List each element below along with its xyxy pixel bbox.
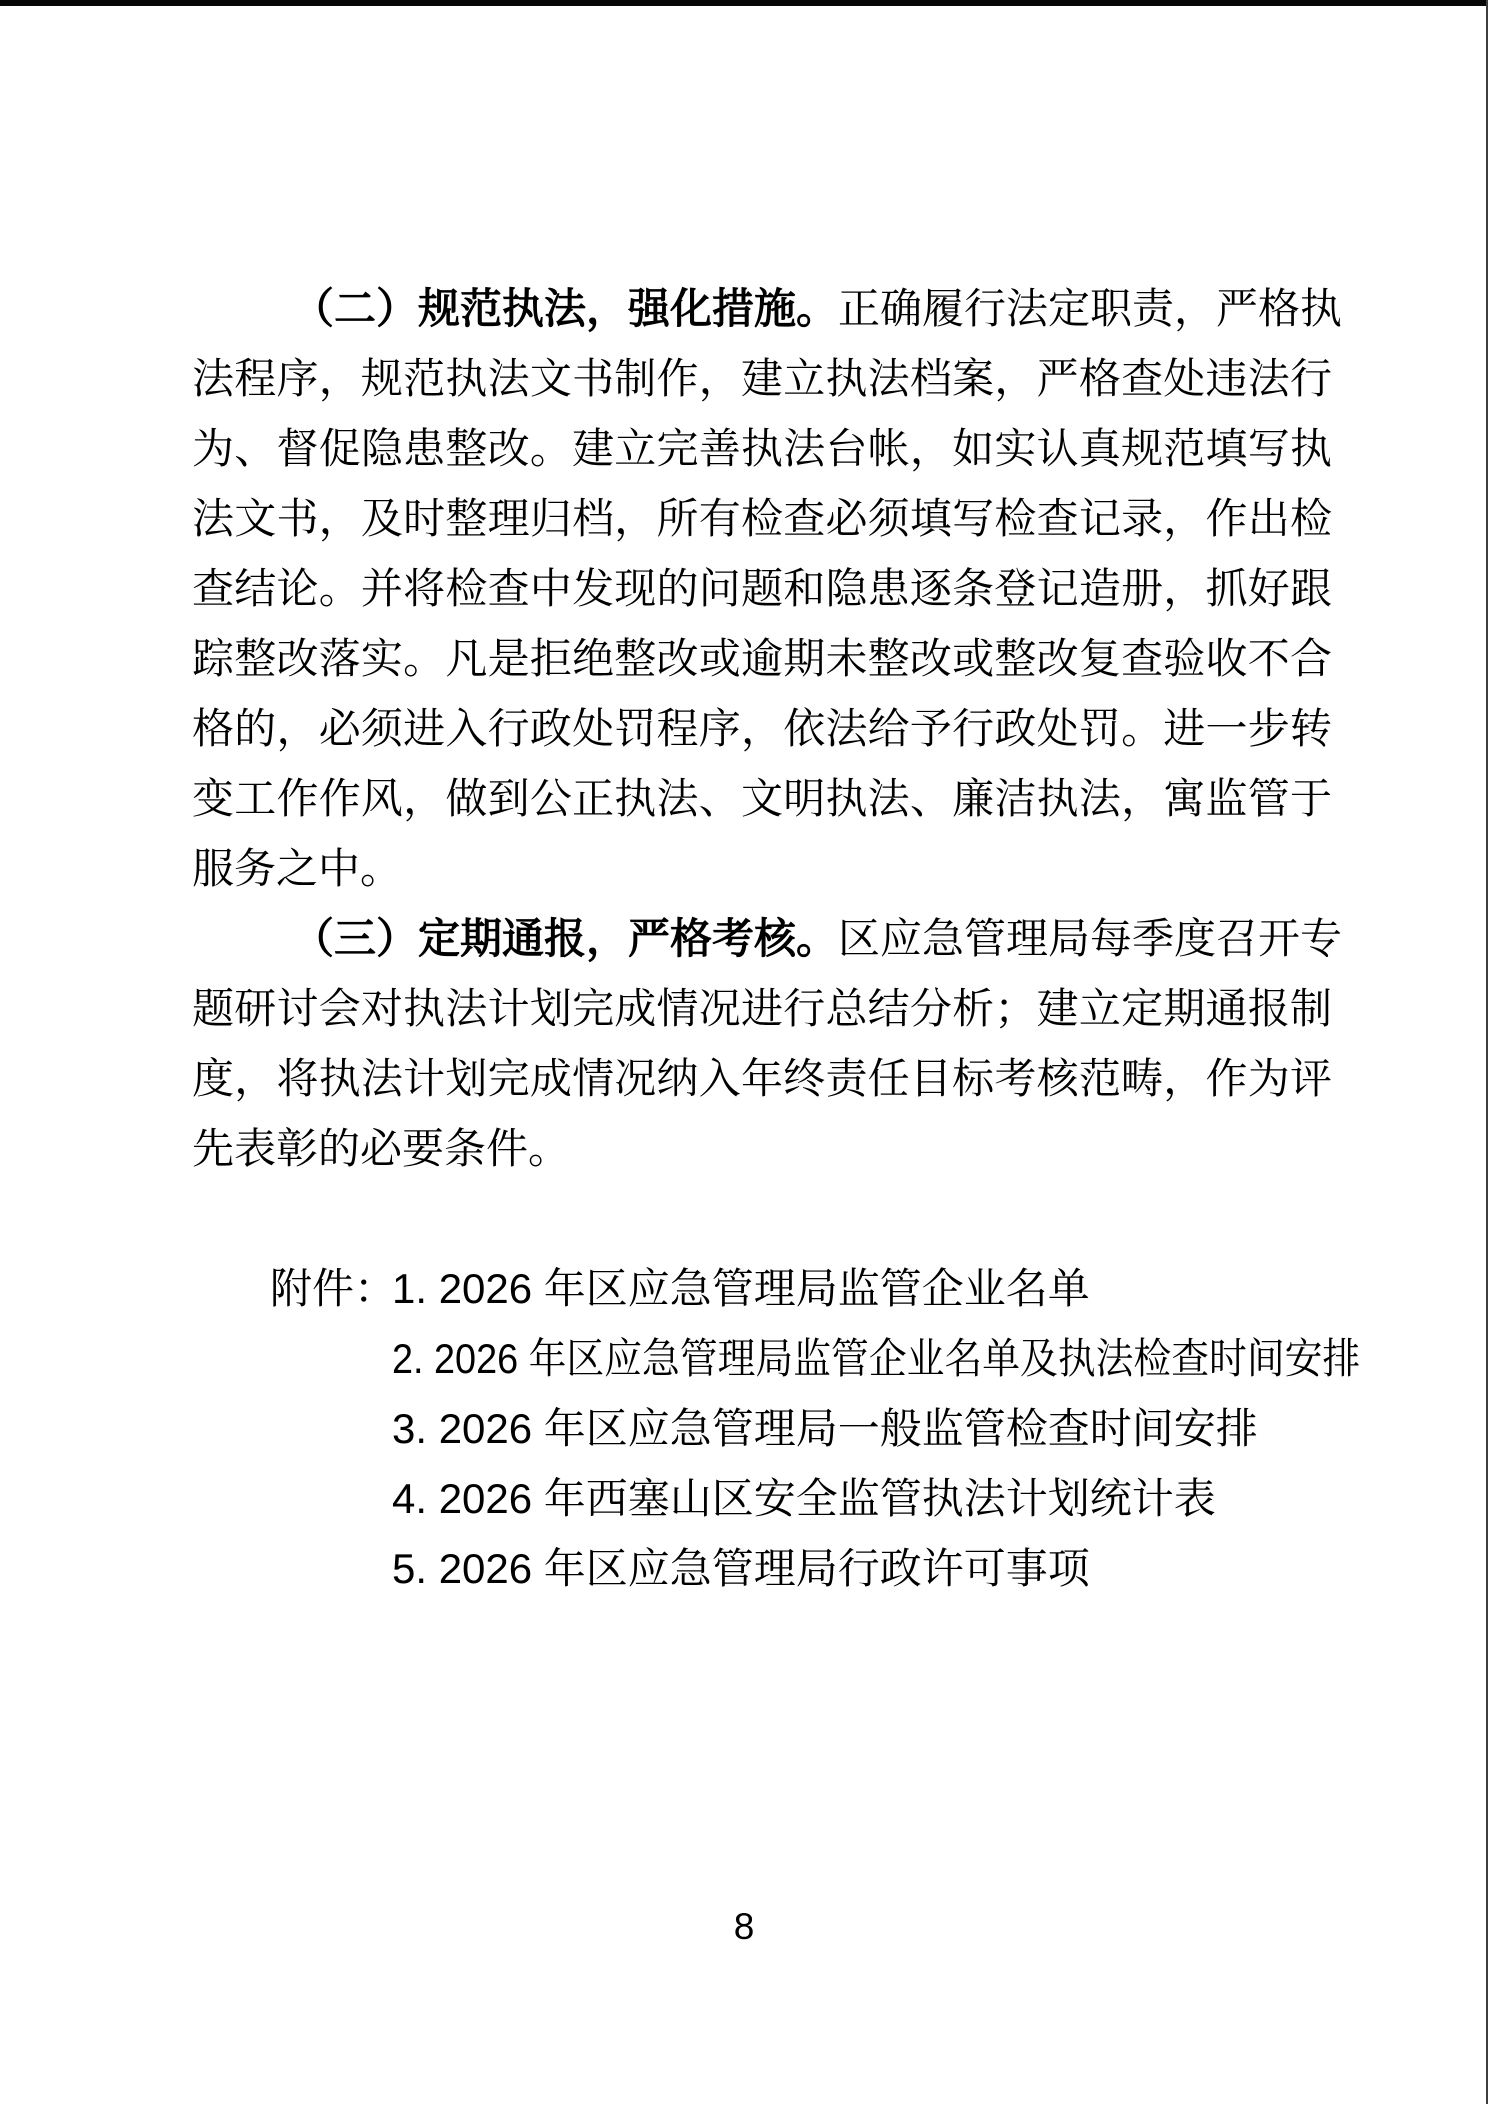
paragraph: （二）规范执法，强化措施。正确履行法定职责，严格执法程序，规范执法文书制作，建立… — [192, 274, 1332, 904]
paragraph-lead: （三）定期通报，严格考核。 — [292, 915, 838, 962]
attachment-item: 2. 2026 年区应急管理局监管企业名单及执法检查时间安排 — [392, 1324, 1238, 1394]
text-line: （三）定期通报，严格考核。区应急管理局每季度召开专 — [192, 904, 1332, 974]
text-line: （二）规范执法，强化措施。正确履行法定职责，严格执 — [192, 274, 1332, 344]
scan-top-edge — [0, 0, 1488, 6]
paragraph-text: 正确履行法定职责，严格执 — [838, 285, 1342, 332]
attachments-label: 附件： — [270, 1254, 396, 1324]
paragraph-lead: （二）规范执法，强化措施。 — [292, 285, 838, 332]
text-line: 题研讨会对执法计划完成情况进行总结分析；建立定期通报制 — [192, 974, 1332, 1044]
text-line: 变工作作风，做到公正执法、文明执法、廉洁执法，寓监管于 — [192, 764, 1332, 834]
attachment-item: 1. 2026 年区应急管理局监管企业名单 — [392, 1254, 1332, 1324]
text-line: 服务之中。 — [192, 834, 1332, 904]
paragraphs-container: （二）规范执法，强化措施。正确履行法定职责，严格执法程序，规范执法文书制作，建立… — [192, 274, 1332, 1184]
text-line: 查结论。并将检查中发现的问题和隐患逐条登记造册，抓好跟 — [192, 554, 1332, 624]
paragraph-text: 区应急管理局每季度召开专 — [838, 915, 1342, 962]
text-line: 先表彰的必要条件。 — [192, 1114, 1332, 1184]
document-body: （二）规范执法，强化措施。正确履行法定职责，严格执法程序，规范执法文书制作，建立… — [192, 274, 1332, 1604]
attachment-item: 5. 2026 年区应急管理局行政许可事项 — [392, 1534, 1332, 1604]
paragraph: （三）定期通报，严格考核。区应急管理局每季度召开专题研讨会对执法计划完成情况进行… — [192, 904, 1332, 1184]
document-page: （二）规范执法，强化措施。正确履行法定职责，严格执法程序，规范执法文书制作，建立… — [0, 0, 1488, 2104]
text-line: 度，将执法计划完成情况纳入年终责任目标考核范畴，作为评 — [192, 1044, 1332, 1114]
text-line: 踪整改落实。凡是拒绝整改或逾期未整改或整改复查验收不合 — [192, 624, 1332, 694]
text-line: 法文书，及时整理归档，所有检查必须填写检查记录，作出检 — [192, 484, 1332, 554]
text-line: 法程序，规范执法文书制作，建立执法档案，严格查处违法行 — [192, 344, 1332, 414]
attachment-item: 3. 2026 年区应急管理局一般监管检查时间安排 — [392, 1394, 1332, 1464]
text-line: 格的，必须进入行政处罚程序，依法给予行政处罚。进一步转 — [192, 694, 1332, 764]
text-line: 为、督促隐患整改。建立完善执法台帐，如实认真规范填写执 — [192, 414, 1332, 484]
page-number: 8 — [0, 1905, 1488, 1949]
attachments-block: 附件： 1. 2026 年区应急管理局监管企业名单2. 2026 年区应急管理局… — [192, 1254, 1332, 1604]
attachment-item: 4. 2026 年西塞山区安全监管执法计划统计表 — [392, 1464, 1332, 1534]
attachments-list: 1. 2026 年区应急管理局监管企业名单2. 2026 年区应急管理局监管企业… — [392, 1254, 1332, 1604]
